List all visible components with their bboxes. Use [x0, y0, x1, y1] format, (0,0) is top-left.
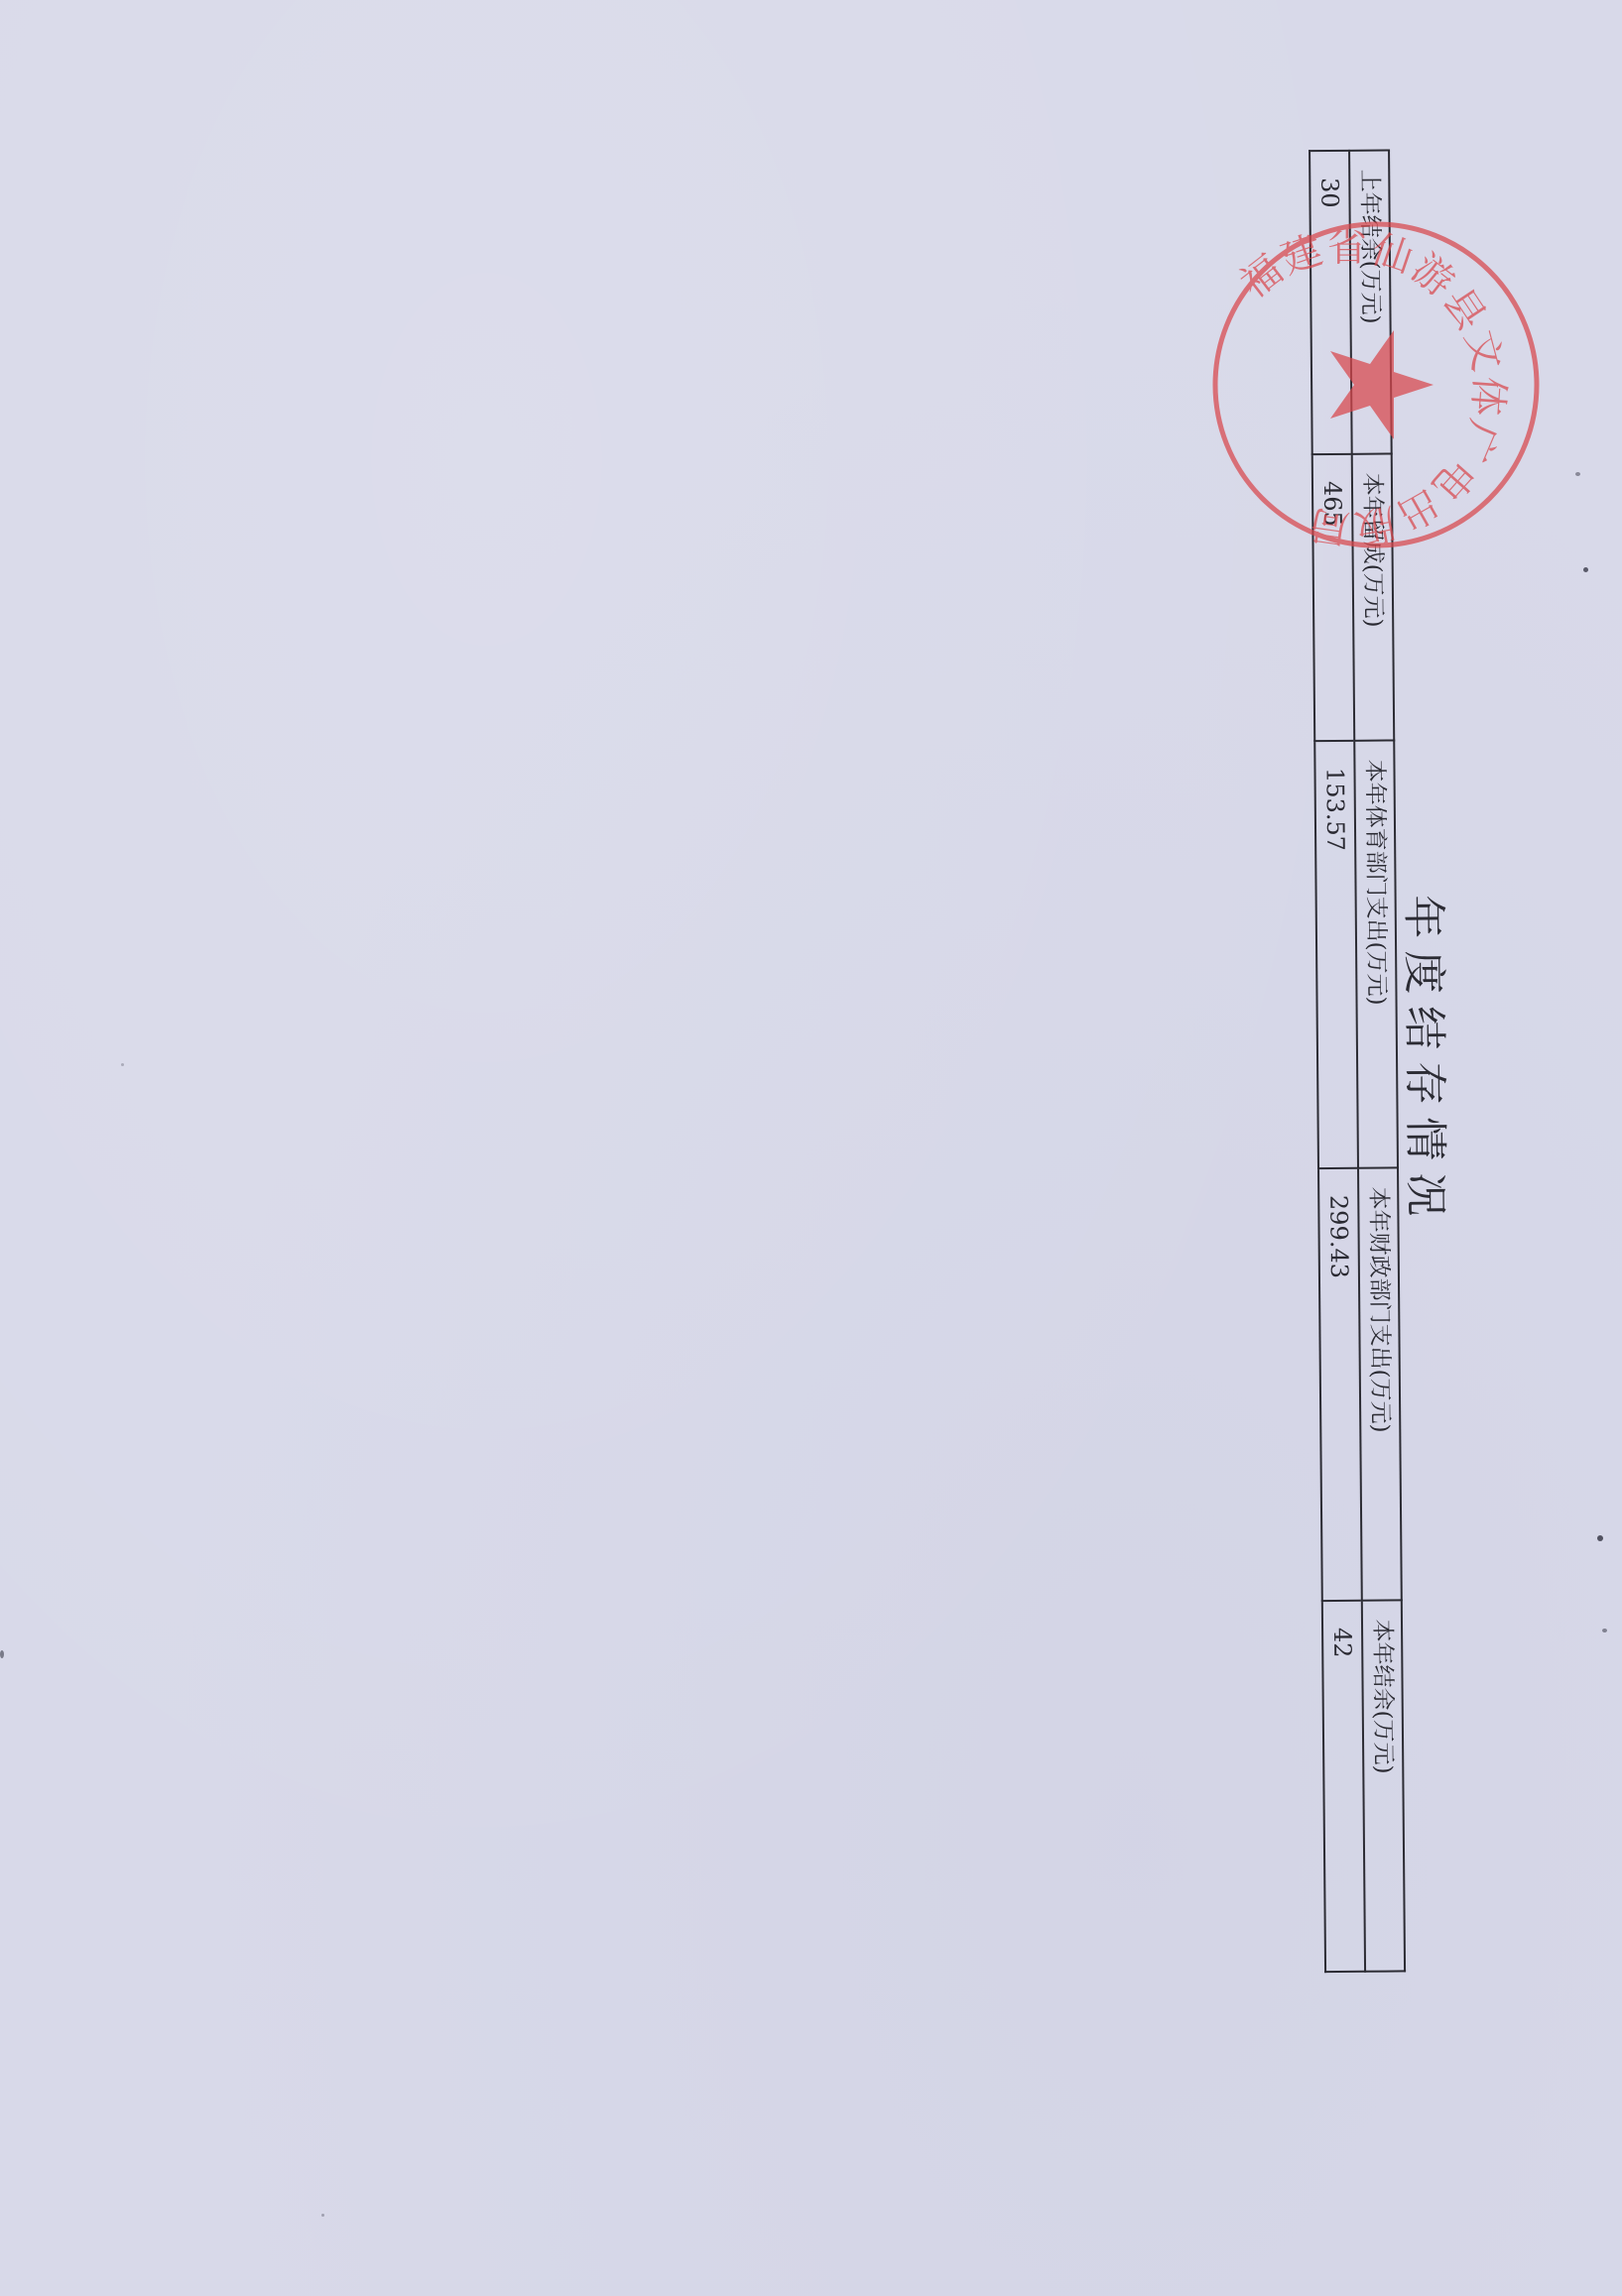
header-finance-dept-expenditure: 本年财政部门支出(万元)	[1358, 1167, 1402, 1600]
value-prev-year-balance: 30	[1310, 151, 1352, 454]
scan-speck	[1602, 1629, 1607, 1632]
scan-speck	[121, 1063, 124, 1066]
value-current-year-balance: 42	[1322, 1601, 1365, 1972]
rotated-document: 年度结存情况 上年结余(万元) 本年留成(万元) 本年体育部门支出(万元) 本年…	[1285, 145, 1459, 1973]
scan-speck	[0, 1650, 4, 1658]
header-sports-dept-expenditure: 本年体育部门支出(万元)	[1354, 740, 1398, 1167]
scan-speck	[1597, 1535, 1603, 1541]
scan-speck	[1583, 567, 1588, 572]
scan-speck	[321, 2214, 324, 2217]
document-title: 年度结存情况	[1401, 895, 1447, 1228]
value-current-year-retained: 465	[1312, 454, 1355, 741]
header-prev-year-balance: 上年结余(万元)	[1349, 150, 1392, 453]
header-current-year-retained: 本年留成(万元)	[1352, 453, 1395, 740]
balance-table: 上年结余(万元) 本年留成(万元) 本年体育部门支出(万元) 本年财政部门支出(…	[1309, 149, 1406, 1973]
header-current-year-balance: 本年结余(万元)	[1362, 1600, 1405, 1971]
scan-speck	[1575, 472, 1580, 476]
value-finance-dept-expenditure: 299.43	[1318, 1168, 1362, 1601]
value-sports-dept-expenditure: 153.57	[1314, 741, 1358, 1168]
